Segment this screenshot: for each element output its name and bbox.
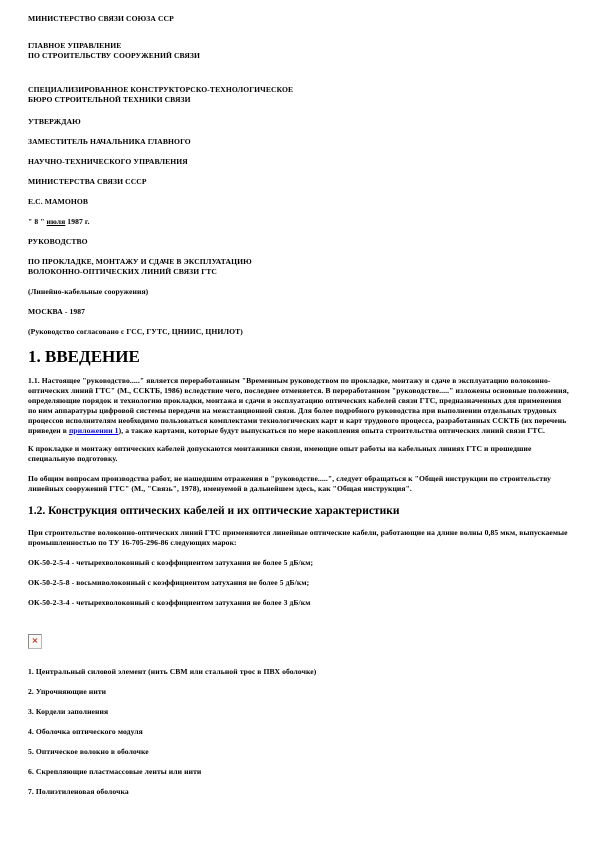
broken-image-icon: ×	[28, 634, 42, 649]
approve-stamp: УТВЕРЖДАЮ	[28, 117, 571, 127]
section-1-heading: 1. ВВЕДЕНИЕ	[28, 347, 571, 367]
figure-legend-item-1: 1. Центральный силовой элемент (нить СВМ…	[28, 667, 571, 677]
paragraph-1-1-text-after: ), а также картами, которые будут выпуск…	[119, 426, 545, 435]
cable-type-3: ОК-50-2-3-4 - четырехволоконный с коэффи…	[28, 598, 571, 608]
cable-type-2: ОК-50-2-5-8 - восьмиволоконный с коэффиц…	[28, 578, 571, 588]
paragraph-workers: К прокладке и монтажу оптических кабелей…	[28, 444, 571, 464]
date-month: июля	[47, 217, 66, 226]
figure-legend-item-6: 6. Скрепляющие пластмассовые ленты или н…	[28, 767, 571, 777]
approval-date: " 8 " июля 1987 г.	[28, 217, 571, 227]
doc-title: ПО ПРОКЛАДКЕ, МОНТАЖУ И СДАЧЕ В ЭКСПЛУАТ…	[28, 257, 571, 277]
doc-type: РУКОВОДСТВО	[28, 237, 571, 247]
figure-legend-item-7: 7. Полиэтиленовая оболочка	[28, 787, 571, 797]
figure-placeholder: ×	[28, 630, 571, 649]
appendix-1-link[interactable]: приложении 1	[69, 426, 119, 435]
approver-line-1: ЗАМЕСТИТЕЛЬ НАЧАЛЬНИКА ГЛАВНОГО	[28, 137, 571, 147]
cable-intro-paragraph: При строительстве волоконно-оптических л…	[28, 528, 571, 548]
approver-line-3: МИНИСТЕРСТВА СВЯЗИ СССР	[28, 177, 571, 187]
cable-type-1: ОК-50-2-5-4 - четырехволоконный с коэффи…	[28, 558, 571, 568]
figure-legend-item-4: 4. Оболочка оптического модуля	[28, 727, 571, 737]
date-suffix: 1987 г.	[65, 217, 89, 226]
agreement-note: (Руководство согласовано с ГСС, ГУТС, ЦН…	[28, 327, 571, 337]
paragraph-general-instruction: По общим вопросам производства работ, не…	[28, 474, 571, 494]
city-year: МОСКВА - 1987	[28, 307, 571, 317]
date-prefix: " 8 "	[28, 217, 47, 226]
document-page: МИНИСТЕРСТВО СВЯЗИ СОЮЗА ССР ГЛАВНОЕ УПР…	[0, 0, 595, 842]
paragraph-1-1: 1.1. Настоящее "руководство....." являет…	[28, 376, 571, 436]
broken-image-x-glyph: ×	[32, 637, 39, 645]
figure-legend-item-2: 2. Упрочняющие нити	[28, 687, 571, 697]
main-department-lines: ГЛАВНОЕ УПРАВЛЕНИЕ ПО СТРОИТЕЛЬСТВУ СООР…	[28, 41, 571, 61]
figure-legend-item-5: 5. Оптическое волокно в оболочке	[28, 747, 571, 757]
bureau-lines: СПЕЦИАЛИЗИРОВАННОЕ КОНСТРУКТОРСКО-ТЕХНОЛ…	[28, 85, 571, 105]
section-1-2-heading: 1.2. Конструкция оптических кабелей и их…	[28, 504, 571, 518]
approver-line-2: НАУЧНО-ТЕХНИЧЕСКОГО УПРАВЛЕНИЯ	[28, 157, 571, 167]
ministry-line: МИНИСТЕРСТВО СВЯЗИ СОЮЗА ССР	[28, 14, 571, 24]
doc-subtitle: (Линейно-кабельные сооружения)	[28, 287, 571, 297]
figure-legend-item-3: 3. Кордели заполнения	[28, 707, 571, 717]
signatory-name: Е.С. МАМОНОВ	[28, 197, 571, 207]
